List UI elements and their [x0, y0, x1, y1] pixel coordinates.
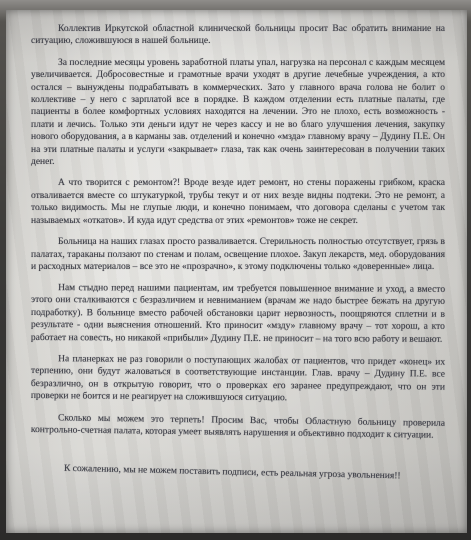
letter-paragraph-salary: За последние месяцы уровень заработной п… [31, 57, 445, 169]
letter-paragraph-request: Сколько мы можем это терпеть! Просим Вас… [31, 412, 445, 443]
letter-paragraph-repairs: А что творится с ремонтом?! Вроде везде … [31, 177, 445, 227]
letter-paragraph-patients: Нам стыдно перед нашими пациентам, им тр… [31, 282, 445, 346]
photo-frame: Коллектив Иркутской областной клиническо… [0, 0, 471, 540]
letter-paragraph-no-signatures: К сожалению, мы не можем поставить подпи… [31, 462, 445, 484]
letter-page: Коллектив Иркутской областной клиническо… [6, 10, 467, 533]
letter-paragraph-intro: Коллектив Иркутской областной клиническо… [31, 23, 445, 48]
letter-paragraph-hospital-decay: Больница на наших глазах просто развалив… [31, 236, 445, 273]
letter-paragraph-complaints: На планерках не раз говорили о поступающ… [31, 353, 445, 406]
